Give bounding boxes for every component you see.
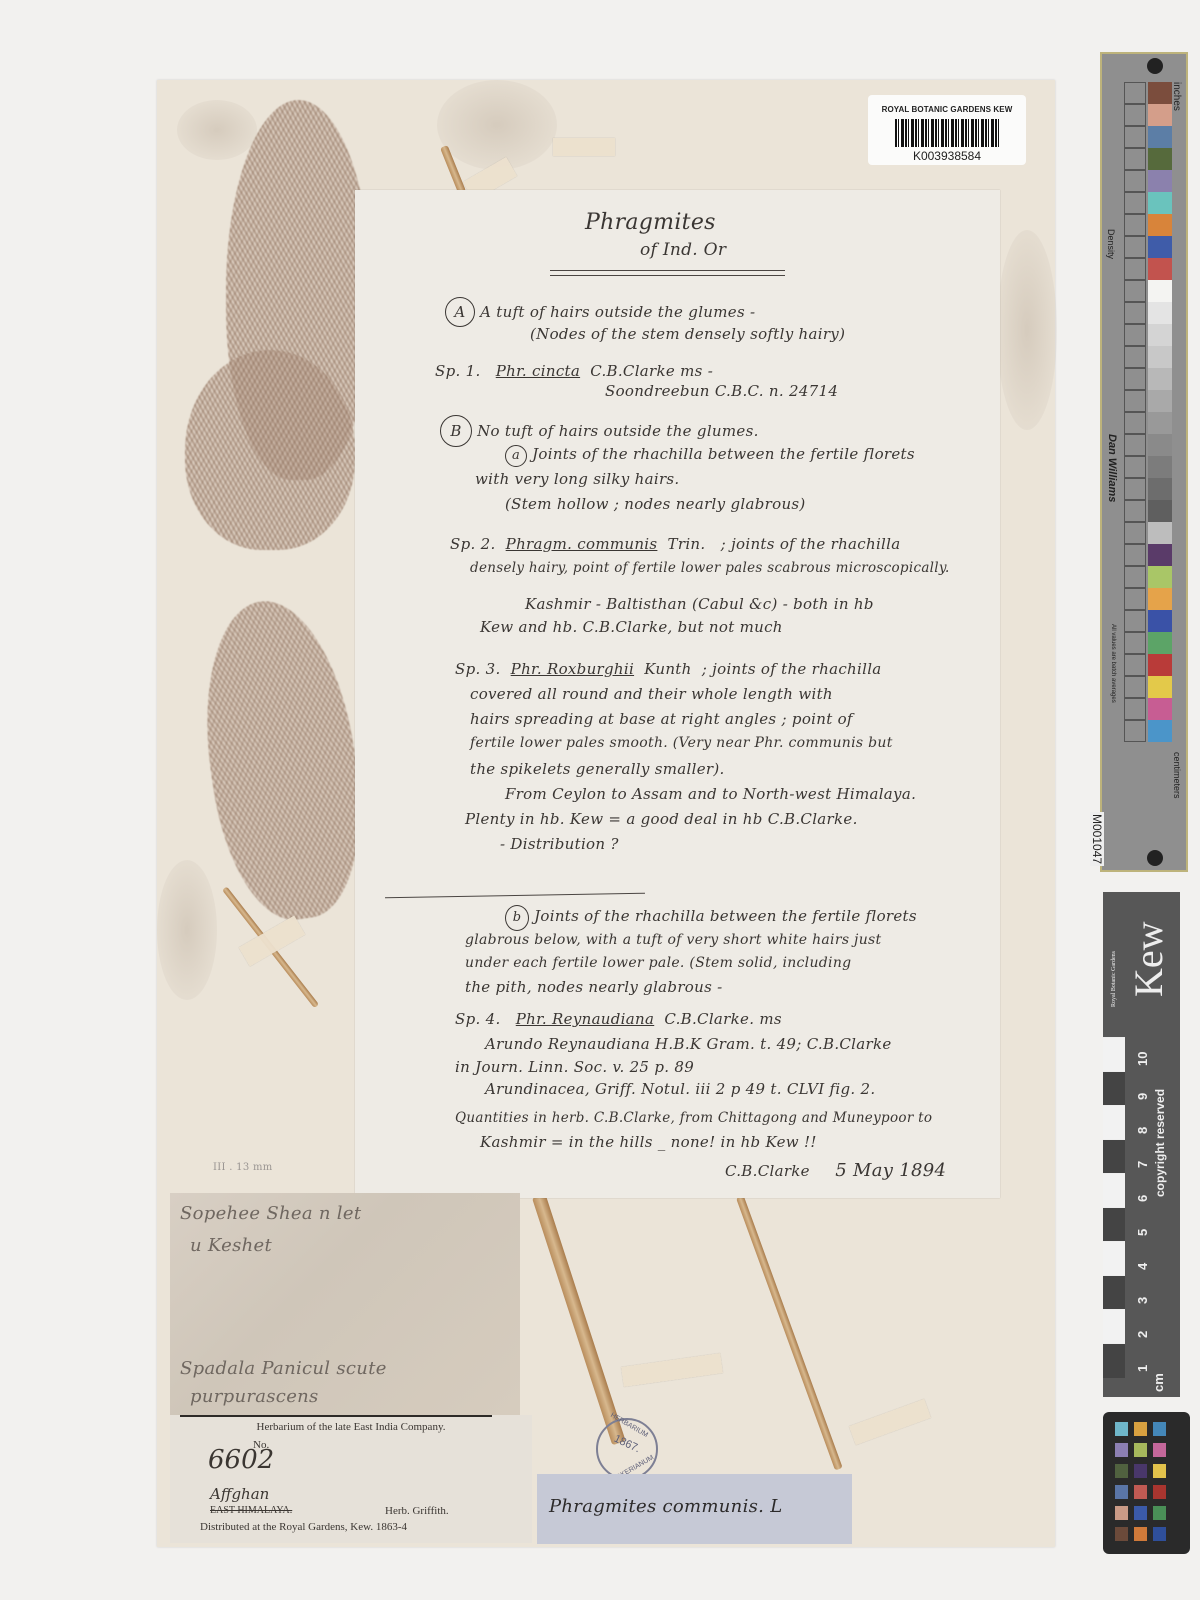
copyright-text: copyright reserved (1153, 1089, 1167, 1197)
scale-tick-label: 4 (1135, 1263, 1150, 1270)
scale-tick-label: 1 (1135, 1365, 1150, 1372)
target-patch (1153, 1464, 1166, 1478)
target-patch (1134, 1506, 1147, 1520)
kew-logo-subtitle: Royal Botanic Gardens (1111, 951, 1117, 1007)
sub-b-line4: the pith, nodes nearly glabrous - (465, 978, 723, 996)
determination-slip: Phragmites communis. L (537, 1474, 852, 1544)
scale-unit: cm (1151, 1373, 1166, 1392)
sub-a-line3: (Stem hollow ; nodes nearly glabrous) (505, 495, 806, 513)
target-patch (1134, 1464, 1147, 1478)
sp3-line1-rest: ; joints of the rhachilla (702, 660, 882, 678)
colour-swatch (1148, 676, 1172, 698)
sp4-name: Phr. Reynaudiana (516, 1010, 654, 1028)
barcode-number: K003938584 (868, 149, 1026, 163)
sp2-name: Phragm. communis (506, 535, 658, 553)
herbarium-stamp: HERBARIUM 1867. HOOKERIANUM (596, 1418, 658, 1480)
sp2-line4: Kew and hb. C.B.Clarke, but not much (480, 618, 783, 636)
section-a-line1: A tuft of hairs outside the glumes - (480, 303, 755, 321)
swatch-value-cell (1124, 214, 1146, 236)
sub-b-line1: Joints of the rhachilla between the fert… (534, 907, 917, 925)
sp3-line7: Plenty in hb. Kew = a good deal in hb C.… (465, 810, 858, 828)
colour-swatch (1148, 346, 1172, 368)
sp3-line6: From Ceylon to Assam and to North-west H… (505, 785, 916, 803)
scale-tick-label: 9 (1135, 1093, 1150, 1100)
signature-row: C.B.Clarke 5 May 1894 (725, 1160, 946, 1181)
sp1-author: C.B.Clarke ms - (590, 362, 713, 380)
determination-slip-text: Phragmites communis. L (549, 1496, 782, 1517)
colour-swatch (1148, 368, 1172, 390)
sub-a-line1: Joints of the rhachilla between the fert… (532, 445, 915, 463)
east-india-company-label: Herbarium of the late East India Company… (170, 1415, 532, 1543)
sp2-line2: densely hairy, point of fertile lower pa… (470, 560, 950, 576)
scale-tick-label: 10 (1135, 1052, 1150, 1066)
sp3-name: Phr. Roxburghii (511, 660, 634, 678)
sp4-line4: Arundinacea, Griff. Notul. iii 2 p 49 t.… (485, 1080, 875, 1098)
sp4-label: Sp. 4. (455, 1010, 501, 1028)
mounting-tape (553, 138, 615, 156)
scale-tick-label: 8 (1135, 1127, 1150, 1134)
sp4-line2: Arundo Reynaudiana H.B.K Gram. t. 49; C.… (485, 1035, 892, 1053)
label-top-rule (180, 1415, 492, 1417)
chart-top-unit: inches (1171, 82, 1182, 111)
sub-b-line2: glabrous below, with a tuft of very shor… (465, 932, 881, 948)
chart-density-label: Density (1106, 229, 1116, 259)
swatch-value-cell (1124, 654, 1146, 676)
colour-swatch (1148, 302, 1172, 324)
swatch-value-cell (1124, 104, 1146, 126)
marker-sub-b: b (505, 905, 529, 931)
sp3-line4: fertile lower pales smooth. (Very near P… (470, 735, 893, 751)
marker-a: A (445, 297, 475, 327)
target-patch (1115, 1443, 1128, 1457)
scale-tick-label: 2 (1135, 1331, 1150, 1338)
marker-sub-a: a (505, 445, 527, 467)
colour-swatch (1148, 412, 1172, 434)
colour-swatch (1148, 104, 1172, 126)
scale-segment (1103, 1105, 1125, 1140)
sp2-row: Sp. 2. Phragm. communis Trin. ; joints o… (450, 535, 900, 553)
sp3-row: Sp. 3. Phr. Roxburghii Kunth ; joints of… (455, 660, 882, 678)
eic-collector: Herb. Griffith. (385, 1505, 449, 1517)
swatch-value-cell (1124, 126, 1146, 148)
original-field-label: Sopehee Shea n let u Keshet Spadala Pani… (170, 1193, 520, 1418)
swatch-value-cell (1124, 302, 1146, 324)
scale-segment (1103, 1071, 1125, 1106)
sp1-ref: Soondreebun C.B.C. n. 24714 (605, 382, 838, 400)
sub-b-line3: under each fertile lower pale. (Stem sol… (465, 955, 851, 971)
sp1-label: Sp. 1. (435, 362, 481, 380)
colour-swatch (1148, 500, 1172, 522)
eic-region-handwritten: Affghan (210, 1485, 269, 1503)
sp4-line6: Kashmir = in the hills _ none! in hb Kew… (480, 1133, 817, 1151)
section-a: A A tuft of hairs outside the glumes - (445, 297, 755, 327)
colour-swatch (1148, 170, 1172, 192)
kew-scale-bar: Kew Royal Botanic Gardens copyright rese… (1103, 892, 1180, 1397)
sp4-row: Sp. 4. Phr. Reynaudiana C.B.Clarke. ms (455, 1010, 782, 1028)
target-patch (1115, 1527, 1128, 1541)
note-subtitle: of Ind. Or (640, 240, 726, 260)
signature-date: 5 May 1894 (835, 1160, 946, 1181)
swatch-value-cell (1124, 258, 1146, 280)
kew-logo: Kew (1125, 921, 1172, 997)
sp3-line5: the spikelets generally smaller). (470, 760, 725, 778)
colour-swatch (1148, 126, 1172, 148)
scale-segment (1103, 1139, 1125, 1174)
sp3-line2: covered all round and their whole length… (470, 685, 833, 703)
chart-hole-icon (1147, 58, 1163, 74)
note-title: Phragmites (585, 210, 716, 235)
swatch-value-cell (1124, 566, 1146, 588)
sp4-line5: Quantities in herb. C.B.Clarke, from Chi… (455, 1110, 932, 1126)
sp1-name: Phr. cincta (496, 362, 580, 380)
target-patch (1153, 1485, 1166, 1499)
swatch-value-cell (1124, 698, 1146, 720)
colour-calibration-chart: inches Density Dan Williams All values a… (1100, 52, 1188, 872)
marker-b: B (440, 415, 472, 447)
scale-tick-label: 3 (1135, 1297, 1150, 1304)
sp2-line3: Kashmir - Baltisthan (Cabul &c) - both i… (525, 595, 874, 613)
eic-header: Herbarium of the late East India Company… (170, 1421, 532, 1433)
sp3-line3: hairs spreading at base at right angles … (470, 710, 853, 728)
eic-region-printed: EAST HIMALAYA. (210, 1505, 292, 1516)
swatch-value-cell (1124, 236, 1146, 258)
target-patch (1134, 1422, 1147, 1436)
panicle-upper-lower-branch (185, 350, 355, 550)
colour-swatch (1148, 390, 1172, 412)
colour-swatch (1148, 566, 1172, 588)
swatch-value-cell (1124, 544, 1146, 566)
colour-swatch (1148, 258, 1172, 280)
sp3-label: Sp. 3. (455, 660, 501, 678)
sp3-author: Kunth (644, 660, 691, 678)
colour-swatch (1148, 236, 1172, 258)
colour-swatch (1148, 522, 1172, 544)
sp2-line1-rest: ; joints of the rhachilla (721, 535, 901, 553)
scale-segment (1103, 1173, 1125, 1208)
signature: C.B.Clarke (725, 1162, 810, 1180)
old-label-line3: Spadala Panicul scute (180, 1358, 387, 1379)
target-patch (1115, 1485, 1128, 1499)
foxing-stain (997, 230, 1057, 430)
barcode-icon (895, 119, 999, 147)
swatch-value-cell (1124, 82, 1146, 104)
colour-swatch (1148, 544, 1172, 566)
target-patch (1153, 1422, 1166, 1436)
eic-number: 6602 (208, 1445, 274, 1475)
target-patch (1153, 1506, 1166, 1520)
colour-swatch (1148, 720, 1172, 742)
scale-tick-label: 5 (1135, 1229, 1150, 1236)
scale-segment (1103, 1309, 1125, 1344)
sp2-author: Trin. (668, 535, 706, 553)
sp4-author: C.B.Clarke. ms (664, 1010, 782, 1028)
scale-tick-label: 6 (1135, 1195, 1150, 1202)
eic-distribution: Distributed at the Royal Gardens, Kew. 1… (200, 1521, 407, 1533)
target-patch (1134, 1527, 1147, 1541)
scale-segment (1103, 1343, 1125, 1378)
swatch-value-cell (1124, 632, 1146, 654)
swatch-value-cell (1124, 280, 1146, 302)
chart-code: M001047 (1090, 812, 1104, 866)
swatch-value-cell (1124, 412, 1146, 434)
colour-swatch (1148, 324, 1172, 346)
foxing-stain (177, 100, 257, 160)
section-b-line1: No tuft of hairs outside the glumes. (477, 422, 759, 440)
section-b: B No tuft of hairs outside the glumes. (440, 415, 759, 447)
swatch-value-cell (1124, 390, 1146, 412)
swatch-value-cell (1124, 522, 1146, 544)
foxing-stain (437, 80, 557, 170)
old-label-line2: u Keshet (190, 1235, 272, 1256)
swatch-value-cell (1124, 368, 1146, 390)
swatch-value-cell (1124, 434, 1146, 456)
swatch-value-cell (1124, 478, 1146, 500)
swatch-value-cell (1124, 170, 1146, 192)
chart-brand: Dan Williams (1106, 434, 1118, 502)
pencil-note: III . 13 mm (213, 1162, 273, 1173)
institution-name: ROYAL BOTANIC GARDENS KEW (868, 105, 1026, 114)
colour-swatch (1148, 478, 1172, 500)
colour-swatch (1148, 192, 1172, 214)
swatch-value-cell (1124, 192, 1146, 214)
colour-swatch (1148, 214, 1172, 236)
swatch-value-cell (1124, 588, 1146, 610)
swatch-value-cell (1124, 676, 1146, 698)
sp4-line3: in Journ. Linn. Soc. v. 25 p. 89 (455, 1058, 694, 1076)
target-patch (1115, 1506, 1128, 1520)
swatch-value-cell (1124, 456, 1146, 478)
old-label-line4: purpurascens (190, 1386, 319, 1407)
scale-segment (1103, 1241, 1125, 1276)
foxing-stain (157, 860, 217, 1000)
scale-tick-label: 7 (1135, 1161, 1150, 1168)
determination-note: Phragmites of Ind. Or A A tuft of hairs … (355, 190, 1000, 1198)
colour-swatch (1148, 610, 1172, 632)
chart-bottom-unit: centimeters (1172, 752, 1182, 799)
target-patch (1115, 1464, 1128, 1478)
target-patch (1134, 1485, 1147, 1499)
sub-a-line2: with very long silky hairs. (475, 470, 679, 488)
title-rule (550, 275, 785, 276)
colour-swatch (1148, 434, 1172, 456)
colour-swatch (1148, 456, 1172, 478)
swatch-value-cell (1124, 148, 1146, 170)
sub-b-row: b Joints of the rhachilla between the fe… (505, 905, 917, 931)
swatch-value-cell (1124, 324, 1146, 346)
title-rule (550, 270, 785, 271)
scale-segment (1103, 1207, 1125, 1242)
target-patch (1153, 1443, 1166, 1457)
scale-segment (1103, 1275, 1125, 1310)
chart-note: All values are batch averages (1110, 624, 1116, 703)
colour-swatch (1148, 588, 1172, 610)
swatch-value-cell (1124, 720, 1146, 742)
swatch-value-cell (1124, 610, 1146, 632)
target-patch (1134, 1443, 1147, 1457)
target-patch (1153, 1527, 1166, 1541)
colour-target-card (1103, 1412, 1190, 1554)
chart-hole-icon (1147, 850, 1163, 866)
swatch-value-cell (1124, 346, 1146, 368)
colour-swatch (1148, 698, 1172, 720)
colour-swatch (1148, 82, 1172, 104)
barcode-label: ROYAL BOTANIC GARDENS KEW K003938584 (868, 95, 1026, 165)
scale-segment (1103, 1037, 1125, 1072)
sub-a-row: a Joints of the rhachilla between the fe… (505, 445, 915, 467)
old-label-line1: Sopehee Shea n let (180, 1203, 361, 1224)
swatch-value-cell (1124, 500, 1146, 522)
sp3-line8: - Distribution ? (500, 835, 619, 853)
sp1-row: Sp. 1. Phr. cincta C.B.Clarke ms - (435, 362, 713, 380)
colour-swatch (1148, 632, 1172, 654)
colour-swatch (1148, 280, 1172, 302)
section-a-line2: (Nodes of the stem densely softly hairy) (530, 325, 845, 343)
section-divider (385, 893, 645, 899)
colour-swatch (1148, 654, 1172, 676)
target-patch (1115, 1422, 1128, 1436)
colour-swatch (1148, 148, 1172, 170)
sp2-label: Sp. 2. (450, 535, 496, 553)
